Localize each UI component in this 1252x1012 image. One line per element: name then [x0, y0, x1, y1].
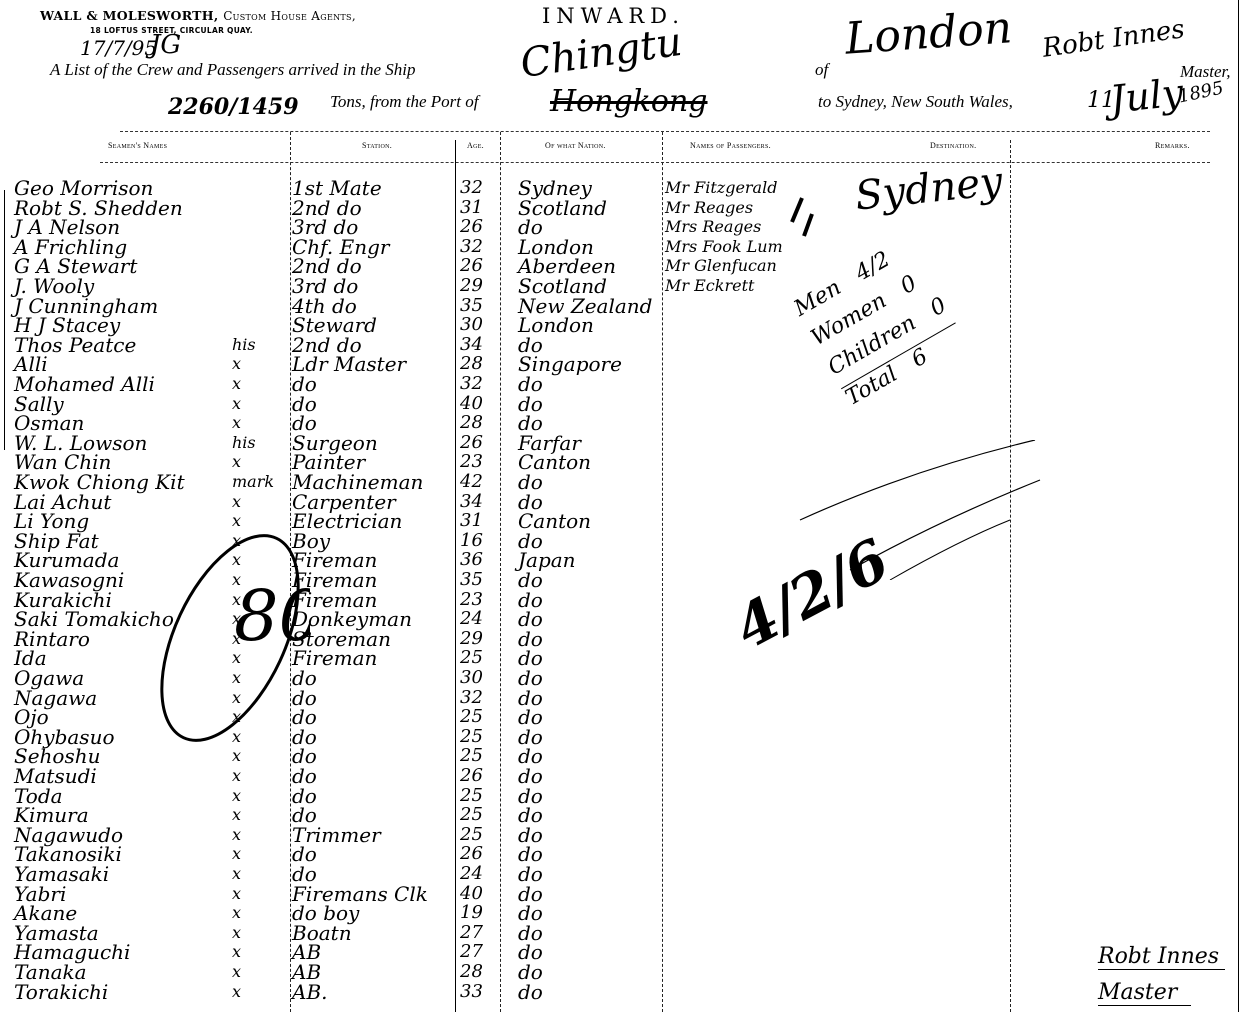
crew-row: Kimuraxdo25do	[0, 805, 1252, 825]
crew-row: J A Nelson3rd do26doMrs Reages	[0, 217, 1252, 237]
age: 19	[460, 903, 483, 923]
signature-mark: x	[232, 394, 241, 414]
station: 3rd do	[292, 276, 358, 296]
master-name: Robt Innes	[1041, 14, 1187, 64]
crew-row: YabrixFiremans Clk40do	[0, 884, 1252, 904]
signature-mark: x	[232, 844, 241, 864]
nation: do	[518, 766, 543, 786]
crew-row: Sallyxdo40do	[0, 394, 1252, 414]
nation: do	[518, 864, 543, 884]
signature-mark: x	[232, 354, 241, 374]
signature-mark: x	[232, 492, 241, 512]
crew-row: Matsudixdo26do	[0, 766, 1252, 786]
age: 24	[460, 864, 483, 884]
age: 34	[460, 492, 483, 512]
passenger-name: Mr Fitzgerald	[665, 178, 777, 198]
age: 25	[460, 786, 483, 806]
station: do	[292, 864, 317, 884]
age: 25	[460, 707, 483, 727]
seaman-name: Kwok Chiong Kit	[14, 472, 185, 492]
passenger-name: Mrs Fook Lum	[665, 237, 783, 257]
age: 16	[460, 531, 483, 551]
age: 32	[460, 374, 483, 394]
signature-mark: x	[232, 452, 241, 472]
crew-row: Robt S. Shedden2nd do31ScotlandMr Reages	[0, 198, 1252, 218]
age: 28	[460, 413, 483, 433]
nation: do	[518, 668, 543, 688]
col-header-remarks: Remarks.	[1155, 141, 1190, 150]
nation: do	[518, 982, 543, 1002]
header-rule-top	[120, 131, 1210, 132]
to-sydney-label: to Sydney, New South Wales,	[818, 92, 1013, 112]
seaman-name: Tanaka	[14, 962, 87, 982]
crew-row: Lai AchutxCarpenter34do	[0, 492, 1252, 512]
col-header-age: Age.	[467, 141, 484, 150]
col-header-nation: Of what Nation.	[545, 141, 606, 150]
age: 26	[460, 256, 483, 276]
crew-row: Geo Morrison1st Mate32SydneyMr Fitzgeral…	[0, 178, 1252, 198]
station: AB.	[292, 982, 328, 1002]
age: 28	[460, 962, 483, 982]
passenger-name: Mrs Reages	[665, 217, 761, 237]
age: 35	[460, 296, 483, 316]
age: 26	[460, 766, 483, 786]
crew-row: NagawudoxTrimmer25do	[0, 825, 1252, 845]
age: 42	[460, 472, 483, 492]
age: 24	[460, 609, 483, 629]
signature-mark: x	[232, 825, 241, 845]
crew-row: TorakichixAB.33do	[0, 982, 1252, 1002]
from-port: Hongkong	[550, 84, 708, 119]
crew-row: W. L. LowsonhisSurgeon26Farfar	[0, 433, 1252, 453]
age: 40	[460, 394, 483, 414]
crew-row: Mohamed Allixdo32do	[0, 374, 1252, 394]
col-header-destination: Destination.	[930, 141, 976, 150]
agent-title: Custom House Agents,	[223, 9, 356, 23]
col-header-passengers: Names of Passengers.	[690, 141, 771, 150]
signature-mark: x	[232, 884, 241, 904]
age: 25	[460, 805, 483, 825]
signature-mark: x	[232, 923, 241, 943]
station: AB	[292, 962, 321, 982]
signature-mark: x	[232, 962, 241, 982]
seaman-name: J. Wooly	[14, 276, 94, 296]
nation: do	[518, 472, 543, 492]
age: 32	[460, 237, 483, 257]
age: 26	[460, 433, 483, 453]
station: do	[292, 766, 317, 786]
passenger-name: Mr Reages	[665, 198, 753, 218]
arrival-month: July	[1108, 70, 1186, 121]
age: 36	[460, 550, 483, 570]
crew-row: YamastaxBoatn27do	[0, 923, 1252, 943]
crew-row: A FrichlingChf. Engr32LondonMrs Fook Lum	[0, 237, 1252, 257]
age: 27	[460, 923, 483, 943]
crew-row: Wan ChinxPainter23Canton	[0, 452, 1252, 472]
age: 33	[460, 982, 483, 1002]
handwritten-date: 17/7/95	[80, 36, 157, 60]
master-signature-title: Master	[1098, 980, 1191, 1006]
crew-row: Yamasakixdo24do	[0, 864, 1252, 884]
passenger-bracket-marks	[780, 192, 840, 252]
age: 32	[460, 178, 483, 198]
crew-row: Takanosikixdo26do	[0, 844, 1252, 864]
age: 23	[460, 590, 483, 610]
ship-name: Chingtu	[518, 19, 685, 87]
circled-number-80: 80	[150, 520, 310, 760]
seaman-name: Mohamed Alli	[14, 374, 155, 394]
master-signature: Robt Innes	[1098, 944, 1225, 970]
list-heading-text: A List of the Crew and Passengers arrive…	[50, 60, 416, 80]
nation: Scotland	[518, 276, 607, 296]
crew-row: H J StaceySteward30London	[0, 315, 1252, 335]
signature-mark: x	[232, 805, 241, 825]
age: 25	[460, 727, 483, 747]
col-header-station: Station.	[362, 141, 392, 150]
age: 25	[460, 825, 483, 845]
signature-mark: mark	[232, 472, 274, 492]
age: 23	[460, 452, 483, 472]
age: 25	[460, 648, 483, 668]
age: 25	[460, 746, 483, 766]
nation: do	[518, 962, 543, 982]
crew-row: HamaguchixAB27do	[0, 942, 1252, 962]
signature-mark: his	[232, 335, 256, 355]
age: 30	[460, 315, 483, 335]
passenger-name: Mr Eckrett	[665, 276, 754, 296]
handwritten-initials: JG	[150, 30, 181, 60]
age: 28	[460, 354, 483, 374]
crew-row: Osmanxdo28do	[0, 413, 1252, 433]
signature-mark: x	[232, 413, 241, 433]
col-header-seamen-names: Seamen's Names	[108, 141, 167, 150]
seaman-name: Kawasogni	[14, 570, 124, 590]
age: 32	[460, 688, 483, 708]
signature-mark: x	[232, 374, 241, 394]
signature-mark: x	[232, 982, 241, 1002]
tonnage: 2260/1459	[168, 94, 299, 120]
age: 29	[460, 276, 483, 296]
age: 26	[460, 844, 483, 864]
station: do	[292, 374, 317, 394]
age: 29	[460, 629, 483, 649]
seaman-name: Yamasaki	[14, 864, 109, 884]
age: 35	[460, 570, 483, 590]
age: 34	[460, 335, 483, 355]
signature-mark: x	[232, 903, 241, 923]
signature-mark: x	[232, 766, 241, 786]
seaman-name: Ogawa	[14, 668, 84, 688]
master-label: Master,	[1180, 62, 1231, 82]
port-of-registry: London	[843, 2, 1013, 65]
age: 31	[460, 511, 483, 531]
header-rule-bottom	[100, 162, 1210, 163]
passenger-name: Mr Glenfucan	[665, 256, 777, 276]
age: 31	[460, 198, 483, 218]
age: 30	[460, 668, 483, 688]
crew-row: AllixLdr Master28Singapore	[0, 354, 1252, 374]
crew-row: Todaxdo25do	[0, 786, 1252, 806]
seaman-name: Matsudi	[14, 766, 97, 786]
crew-row: G A Stewart2nd do26AberdeenMr Glenfucan	[0, 256, 1252, 276]
svg-text:80: 80	[234, 575, 310, 657]
crew-row: J Cunningham4th do35New Zealand	[0, 296, 1252, 316]
seaman-name: Geo Morrison	[14, 178, 153, 198]
signature-mark: x	[232, 942, 241, 962]
crew-row: Akanexdo boy19do	[0, 903, 1252, 923]
agent-name: WALL & MOLESWORTH, Custom House Agents,	[40, 8, 356, 23]
nation: do	[518, 374, 543, 394]
nation: do	[518, 570, 543, 590]
of-label: of	[815, 60, 828, 80]
crew-row: TanakaxAB28do	[0, 962, 1252, 982]
seaman-name: Torakichi	[14, 982, 108, 1002]
crew-row: Kwok Chiong KitmarkMachineman42do	[0, 472, 1252, 492]
agent-name-text: WALL & MOLESWORTH,	[40, 8, 219, 23]
age: 27	[460, 942, 483, 962]
crew-row: J. Wooly3rd do29ScotlandMr Eckrett	[0, 276, 1252, 296]
age: 26	[460, 217, 483, 237]
nation: Sydney	[518, 178, 592, 198]
tons-from-port-label: Tons, from the Port of	[330, 92, 478, 112]
age: 40	[460, 884, 483, 904]
crew-row: Thos Peatcehis2nd do34do	[0, 335, 1252, 355]
signature-mark: x	[232, 864, 241, 884]
station: Machineman	[292, 472, 423, 492]
signature-mark: his	[232, 433, 256, 453]
signature-mark: x	[232, 786, 241, 806]
station: 1st Mate	[292, 178, 382, 198]
